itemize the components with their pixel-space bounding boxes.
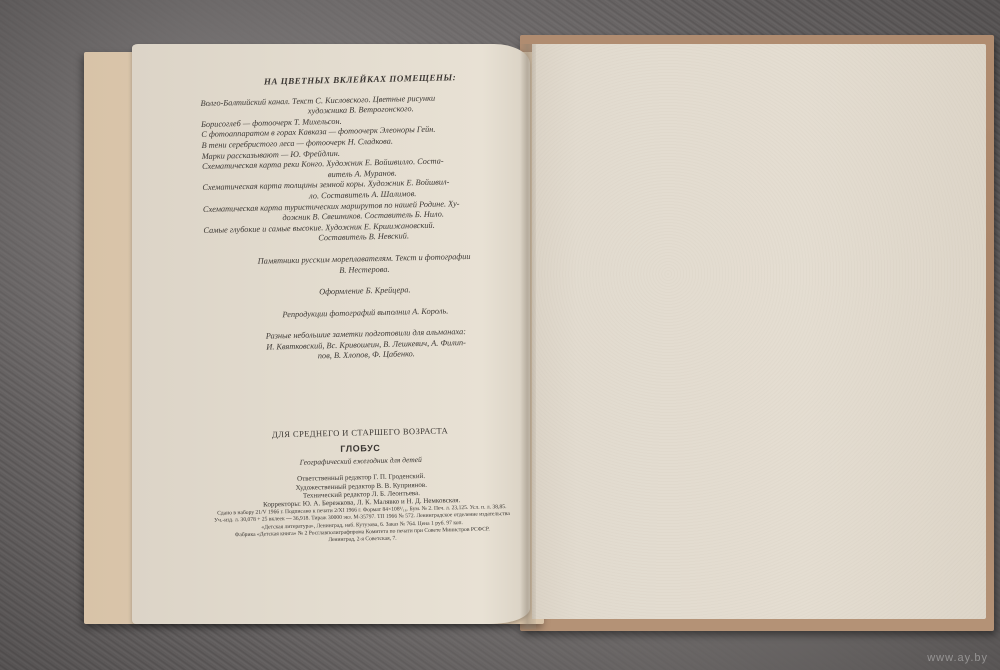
insert-credits-block: НА ЦВЕТНЫХ ВКЛЕЙКАХ ПОМЕЩЕНЫ: Волго-Балт… (200, 71, 526, 365)
right-page-blank (532, 44, 986, 619)
book-subtitle: Географический ежегодник для детей (201, 454, 521, 470)
watermark: www.ay.by (927, 652, 988, 664)
imprint-block: ДЛЯ СРЕДНЕГО И СТАРШЕГО ВОЗРАСТА ГЛОБУС … (200, 425, 523, 548)
